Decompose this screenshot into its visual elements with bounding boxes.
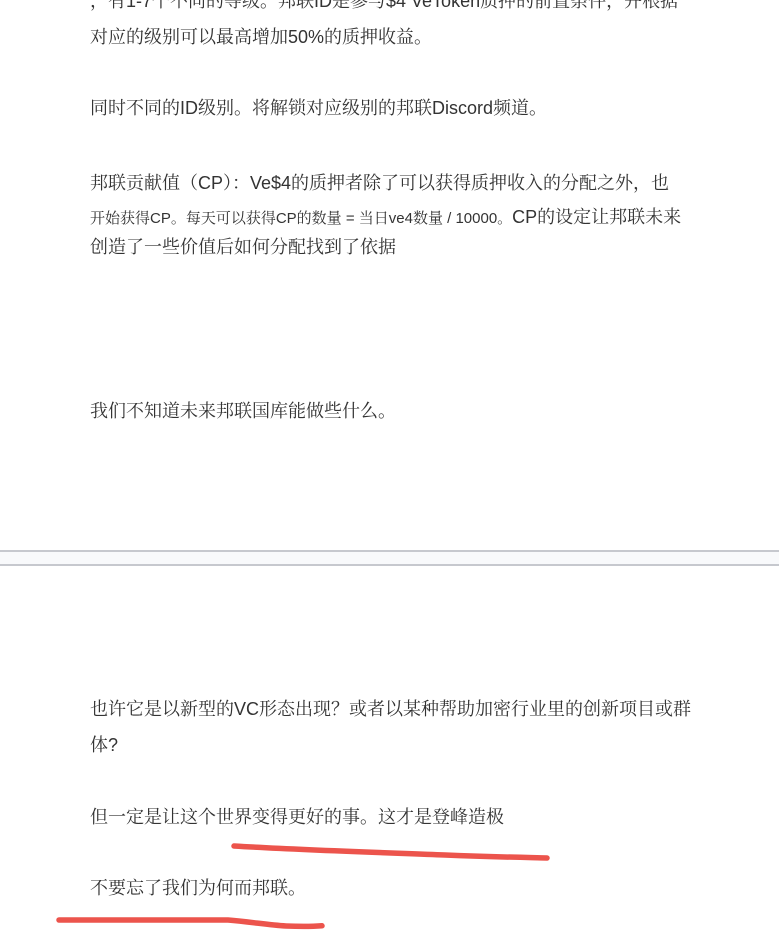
paragraph-line[interactable]: 不要忘了我们为何而邦联。 xyxy=(90,871,730,906)
paragraph-line[interactable]: 同时不同的ID级别。将解锁对应级别的邦联Discord频道。 xyxy=(90,91,730,126)
paragraph-line[interactable]: 我们不知道未来邦联国库能做些什么。 xyxy=(90,394,730,429)
paragraph-line[interactable]: 体? xyxy=(90,728,730,763)
paragraph-line[interactable]: 对应的级别可以最高增加50%的质押收益。 xyxy=(90,20,730,55)
page-break-separator xyxy=(0,550,779,566)
document-view: ，有1-7个不同的等级。邦联ID是参与$4 VeToken质押的前置条件，并根据… xyxy=(0,0,779,939)
paragraph-line[interactable]: ，有1-7个不同的等级。邦联ID是参与$4 VeToken质押的前置条件，并根据 xyxy=(90,0,730,19)
document-page-2[interactable]: 也许它是以新型的VC形态出现？或者以某种帮助加密行业里的创新项目或群 体? 但一… xyxy=(0,566,779,939)
paragraph-line[interactable]: 创造了一些价值后如何分配找到了依据 xyxy=(90,230,730,265)
paragraph-line[interactable]: 也许它是以新型的VC形态出现？或者以某种帮助加密行业里的创新项目或群 xyxy=(90,692,730,727)
paragraph-line[interactable]: 邦联贡献值（CP）：Ve$4的质押者除了可以获得质押收入的分配之外，也 xyxy=(90,166,730,201)
formula-text[interactable]: 开始获得CP。每天可以获得CP的数量 = 当日ve4数量 / 10000。 xyxy=(90,210,512,227)
paragraph-line[interactable]: 但一定是让这个世界变得更好的事。这才是登峰造极 xyxy=(90,800,730,835)
paragraph-text[interactable]: CP的设定让邦联未来 xyxy=(512,207,681,227)
document-page-1[interactable]: ，有1-7个不同的等级。邦联ID是参与$4 VeToken质押的前置条件，并根据… xyxy=(0,0,779,550)
